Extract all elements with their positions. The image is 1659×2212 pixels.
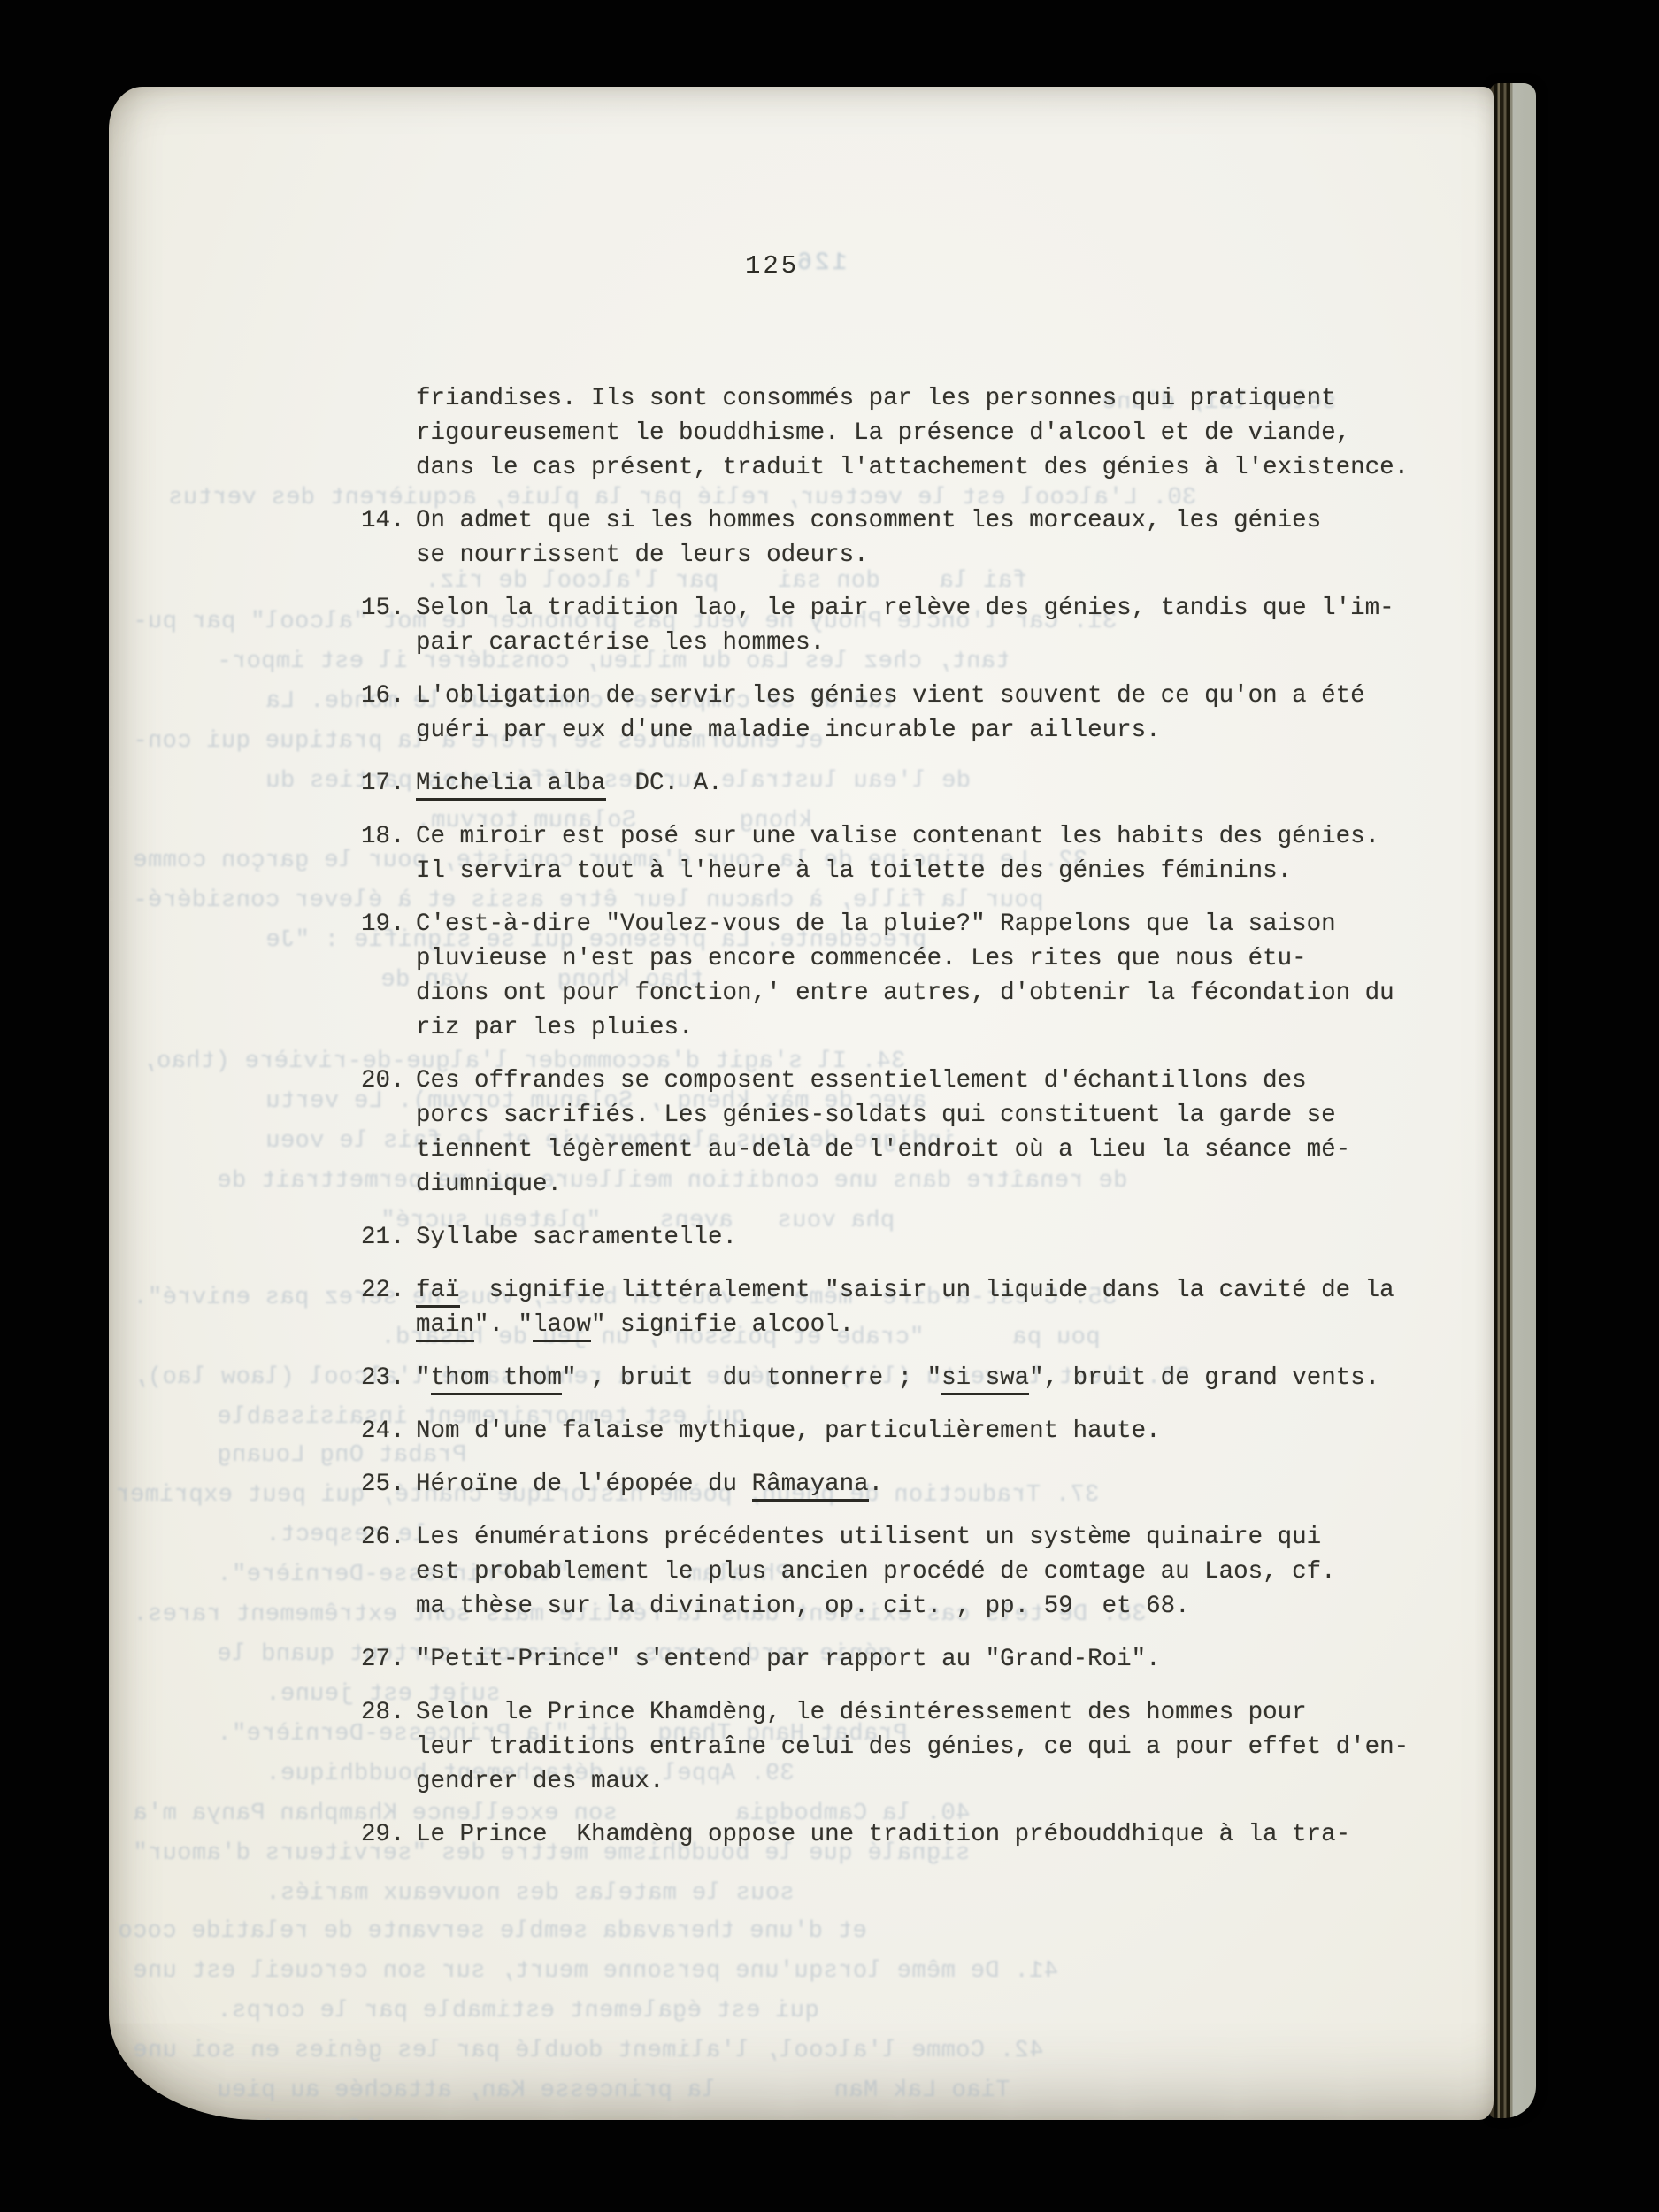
bleedthrough-page-number: 126	[795, 250, 847, 277]
bleedthrough-line: 41. De même lorsqu'une personne meurt, s…	[133, 1958, 1058, 1985]
text-line: friandises. Ils sont consommés par les p…	[416, 381, 1486, 416]
footnote-number: 29.	[361, 1817, 405, 1852]
text-segment: Le Prince Khamdèng oppose une tradition …	[416, 1821, 1350, 1848]
bleedthrough-line: et d'une theravada semble servante de re…	[118, 1918, 867, 1945]
text-line: pair caractérise les hommes.	[416, 626, 1486, 660]
text-line: pluvieuse n'est pas encore commencée. Le…	[416, 941, 1486, 976]
text-line: Héroïne de l'épopée du Râmayana.	[416, 1467, 1486, 1502]
text-segment: se nourrissent de leurs odeurs.	[416, 541, 869, 569]
text-segment: ", bruit de grand vents.	[1029, 1364, 1379, 1392]
footnote-number: 22.	[361, 1273, 405, 1308]
text-line: riz par les pluies.	[416, 1010, 1486, 1045]
text-segment: tiennent légèrement au-delà de l'endroit…	[416, 1136, 1350, 1164]
text-line: dans le cas présent, traduit l'attacheme…	[416, 450, 1486, 485]
footnote-number: 21.	[361, 1220, 405, 1255]
text-line: Les énumérations précédentes utilisent u…	[416, 1520, 1486, 1555]
text-line: rigoureusement le bouddhisme. La présenc…	[416, 416, 1486, 450]
text-segment: pluvieuse n'est pas encore commencée. Le…	[416, 945, 1307, 972]
footnote-number: 16.	[361, 679, 405, 713]
footnotes-list: 14.On admet que si les hommes consomment…	[416, 503, 1486, 1852]
text-line: "thom thom" , bruit du tonnerre ; "si sw…	[416, 1361, 1486, 1395]
text-segment: dans le cas présent, traduit l'attacheme…	[416, 454, 1409, 481]
underlined-term: Râmayana	[752, 1471, 869, 1502]
text-segment: Ces offrandes se composent essentielleme…	[416, 1067, 1307, 1094]
text-segment: signifie littéralement "saisir un liquid…	[460, 1277, 1394, 1304]
footnote: 17.Michelia alba DC. A.	[416, 766, 1486, 801]
text-segment: Selon le Prince Khamdèng, le désintéress…	[416, 1699, 1307, 1726]
text-segment: rigoureusement le bouddhisme. La présenc…	[416, 419, 1350, 447]
text-segment: guéri par eux d'une maladie incurable pa…	[416, 717, 1161, 744]
text-line: Selon la tradition lao, le pair relève d…	[416, 591, 1486, 626]
footnote: 19.C'est-à-dire "Voulez-vous de la pluie…	[416, 907, 1486, 1045]
text-line: Selon le Prince Khamdèng, le désintéress…	[416, 1695, 1486, 1730]
underlined-term: faï	[416, 1277, 460, 1308]
bleedthrough-line: sous le matelas des nouveaux mariés.	[265, 1880, 795, 1907]
footnote: 29.Le Prince Khamdèng oppose une traditi…	[416, 1817, 1486, 1852]
footnote-number: 26.	[361, 1520, 405, 1555]
footnote-number: 15.	[361, 591, 405, 626]
text-segment: ma thèse sur la divination, op. cit. , p…	[416, 1593, 1190, 1620]
bleedthrough-line: Tiao Lak Man la princesse Kan, attachée …	[217, 2078, 1010, 2104]
text-line: Syllabe sacramentelle.	[416, 1220, 1486, 1255]
footnote-number: 20.	[361, 1064, 405, 1098]
text-segment: porcs sacrifiés. Les génies-soldats qui …	[416, 1102, 1336, 1129]
text-line: Ces offrandes se composent essentielleme…	[416, 1064, 1486, 1098]
book-page-edges	[1490, 83, 1536, 2118]
text-line: dions ont pour fonction,' entre autres, …	[416, 976, 1486, 1010]
bleedthrough-line: 42. Comme l'alcool, l'aliment doublé par…	[133, 2038, 1043, 2064]
footnote-number: 28.	[361, 1695, 405, 1730]
text-line: ma thèse sur la divination, op. cit. , p…	[416, 1589, 1486, 1624]
text-segment: friandises. Ils sont consommés par les p…	[416, 385, 1336, 412]
text-segment: DC. A.	[606, 770, 723, 797]
book-photo: { "page_number": "125", "ghost_page_numb…	[0, 0, 1659, 2212]
intro-paragraph: friandises. Ils sont consommés par les p…	[416, 381, 1486, 485]
text-segment: est probablement le plus ancien procédé …	[416, 1558, 1336, 1586]
footnote-number: 18.	[361, 819, 405, 854]
text-segment: riz par les pluies.	[416, 1014, 694, 1041]
text-line: Nom d'une falaise mythique, particulière…	[416, 1414, 1486, 1448]
footnote: 21.Syllabe sacramentelle.	[416, 1220, 1486, 1255]
text-segment: " signifie alcool.	[591, 1311, 854, 1339]
text-segment: " , bruit du tonnerre ; "	[562, 1364, 941, 1392]
text-segment: Nom d'une falaise mythique, particulière…	[416, 1417, 1161, 1445]
text-line: leur traditions entraîne celui des génie…	[416, 1730, 1486, 1764]
footnote: 25.Héroïne de l'épopée du Râmayana.	[416, 1467, 1486, 1502]
footnote-number: 24.	[361, 1414, 405, 1448]
text-segment: L'obligation de servir les génies vient …	[416, 682, 1365, 710]
underlined-term: laow	[533, 1311, 591, 1342]
footnote-number: 19.	[361, 907, 405, 941]
text-line: C'est-à-dire "Voulez-vous de la pluie?" …	[416, 907, 1486, 941]
text-segment: dions ont pour fonction,' entre autres, …	[416, 979, 1394, 1007]
text-segment: On admet que si les hommes consomment le…	[416, 507, 1321, 534]
text-line: main". "laow" signifie alcool.	[416, 1308, 1486, 1342]
text-segment: Syllabe sacramentelle.	[416, 1224, 737, 1251]
footnote-number: 17.	[361, 766, 405, 801]
text-line: L'obligation de servir les génies vient …	[416, 679, 1486, 713]
footnote: 28.Selon le Prince Khamdèng, le désintér…	[416, 1695, 1486, 1799]
text-line: se nourrissent de leurs odeurs.	[416, 538, 1486, 572]
text-line: "Petit-Prince" s'entend par rapport au "…	[416, 1642, 1486, 1677]
text-line: diumnique.	[416, 1167, 1486, 1202]
text-line: Michelia alba DC. A.	[416, 766, 1486, 801]
underlined-term: main	[416, 1311, 474, 1342]
footnote: 23."thom thom" , bruit du tonnerre ; "si…	[416, 1361, 1486, 1395]
text-segment: .	[869, 1471, 884, 1498]
text-segment: Selon la tradition lao, le pair relève d…	[416, 595, 1394, 622]
text-segment: Il servira tout à l'heure à la toilette …	[416, 857, 1292, 885]
footnote-number: 27.	[361, 1642, 405, 1677]
text-segment: C'est-à-dire "Voulez-vous de la pluie?" …	[416, 910, 1336, 938]
text-segment: "	[416, 1364, 431, 1392]
underlined-term: thom thom	[431, 1364, 563, 1395]
footnote-number: 23.	[361, 1361, 405, 1395]
underlined-term: Michelia alba	[416, 770, 606, 801]
footnote: 15.Selon la tradition lao, le pair relèv…	[416, 591, 1486, 660]
text-segment: ". "	[474, 1311, 533, 1339]
text-segment: leur traditions entraîne celui des génie…	[416, 1733, 1409, 1761]
text-line: faï signifie littéralement "saisir un li…	[416, 1273, 1486, 1308]
footnote: 24.Nom d'une falaise mythique, particuli…	[416, 1414, 1486, 1448]
page-number: 125	[745, 251, 799, 280]
footnote: 14.On admet que si les hommes consomment…	[416, 503, 1486, 572]
bleedthrough-line: sacrificatoire.	[217, 2117, 437, 2120]
text-segment: diumnique.	[416, 1171, 562, 1198]
book-page: selon lui, d'une30. L'alcool est le vect…	[109, 87, 1494, 2120]
text-segment: "Petit-Prince" s'entend par rapport au "…	[416, 1646, 1161, 1673]
footnote: 26.Les énumérations précédentes utilisen…	[416, 1520, 1486, 1624]
footnote: 27."Petit-Prince" s'entend par rapport a…	[416, 1642, 1486, 1677]
text-line: guéri par eux d'une maladie incurable pa…	[416, 713, 1486, 748]
text-segment: Héroïne de l'épopée du	[416, 1471, 752, 1498]
text-line: est probablement le plus ancien procédé …	[416, 1555, 1486, 1589]
text-segment: gendrer des maux.	[416, 1768, 664, 1795]
underlined-term: si swa	[941, 1364, 1029, 1395]
footnote-number: 14.	[361, 503, 405, 538]
footnote: 22.faï signifie littéralement "saisir un…	[416, 1273, 1486, 1342]
footnotes-block: friandises. Ils sont consommés par les p…	[416, 381, 1486, 1852]
text-line: tiennent légèrement au-delà de l'endroit…	[416, 1133, 1486, 1167]
footnote: 16.L'obligation de servir les génies vie…	[416, 679, 1486, 748]
text-line: Ce miroir est posé sur une valise conten…	[416, 819, 1486, 854]
text-segment: Les énumérations précédentes utilisent u…	[416, 1524, 1321, 1551]
footnote: 18.Ce miroir est posé sur une valise con…	[416, 819, 1486, 888]
text-line: porcs sacrifiés. Les génies-soldats qui …	[416, 1098, 1486, 1133]
footnote-number: 25.	[361, 1467, 405, 1502]
text-line: gendrer des maux.	[416, 1764, 1486, 1799]
text-line: Le Prince Khamdèng oppose une tradition …	[416, 1817, 1486, 1852]
footnote: 20.Ces offrandes se composent essentiell…	[416, 1064, 1486, 1202]
text-segment: Ce miroir est posé sur une valise conten…	[416, 823, 1379, 850]
bleedthrough-line: qui est également estimable par le corps…	[217, 1998, 819, 2024]
text-line: On admet que si les hommes consomment le…	[416, 503, 1486, 538]
text-line: Il servira tout à l'heure à la toilette …	[416, 854, 1486, 888]
text-segment: pair caractérise les hommes.	[416, 629, 825, 657]
